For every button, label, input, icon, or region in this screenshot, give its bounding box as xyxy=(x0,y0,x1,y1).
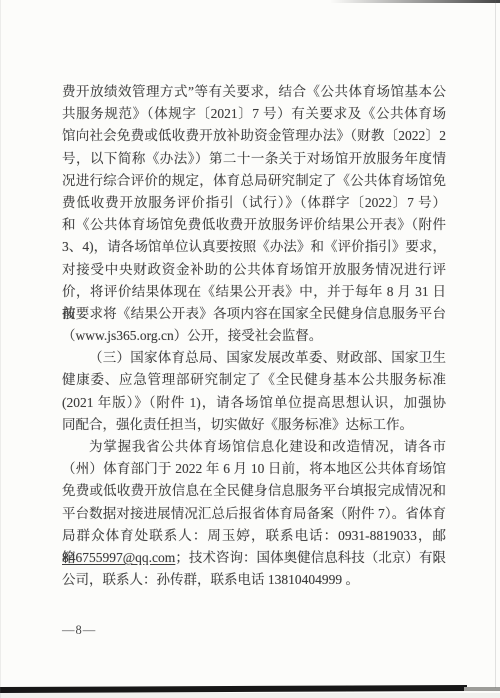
text-line: （www.js365.org.cn）公开，接受社会监督。 xyxy=(62,325,446,347)
scan-artifact-bottom-bar xyxy=(0,685,467,693)
document-page: { "document": { "lines": [ { "text": "费开… xyxy=(0,0,500,698)
text-line: 价，将评价结果体现在《结果公开表》中，并于每年 8 月 31 日前 xyxy=(62,281,446,303)
scan-artifact-below-bar xyxy=(0,693,500,698)
text-line: 平台数据对接进展情况汇总后报省体育局备案（附件 7）。省体育 xyxy=(62,503,446,525)
text-line: （州）体育部门于 2022 年 6 月 10 日前，将本地区公共体育场馆 xyxy=(62,458,446,480)
text-line: 共服务规范》（体规字〔2021〕7 号）有关要求及《公共体育场 xyxy=(62,103,446,125)
text-line: 健康委、应急管理部研究制定了《全民健身基本公共服务标准 xyxy=(62,369,446,391)
page-number: —8— xyxy=(62,623,96,638)
text-line: 按要求将《结果公开表》各项内容在国家全民健身信息服务平台 xyxy=(62,303,446,325)
text-line: 费开放绩效管理方式”等有关要求，结合《公共体育场馆基本公 xyxy=(62,81,446,103)
text-line: 号，以下简称《办法》）第二十一条关于对场馆开放服务年度情 xyxy=(62,148,446,170)
text-line: 公司，联系人：孙传群，联系电话 13810404999 。 xyxy=(62,569,446,591)
scan-artifact-right-edge xyxy=(495,0,496,688)
text-line-rest: ；技术咨询：国体奥健信息科技（北京）有限 xyxy=(175,550,446,565)
email-text: 846755997@qq.com xyxy=(62,550,175,565)
text-line: 对接受中央财政资金补助的公共体育场馆开放服务情况进行评 xyxy=(62,259,446,281)
text-line: (2021 年版）》（附件 1)，请各场馆单位提高思想认识，加强协 xyxy=(62,392,446,414)
text-line: 3、4)，请各场馆单位认真要按照《办法》和《评价指引》要求， xyxy=(62,236,446,258)
text-line: 局群众体育处联系人：周玉婷，联系电话：0931-8819033，邮箱： xyxy=(62,525,446,547)
scan-artifact-left-edge xyxy=(0,0,1,698)
text-line: 况进行综合评价的规定，体育总局研究制定了《公共体育场馆免 xyxy=(62,170,446,192)
scan-artifact-top-edge xyxy=(330,0,500,3)
text-line: 和《公共体育场馆免费低收费开放服务评价结果公开表》（附件 xyxy=(62,214,446,236)
text-line: （三）国家体育总局、国家发展改革委、财政部、国家卫生 xyxy=(62,347,446,369)
text-line: 费低收费开放服务评价指引（试行）》（体群字〔2022〕7 号） xyxy=(62,192,446,214)
text-line: 馆向社会免费或低收费开放补助资金管理办法》（财教〔2022〕2 xyxy=(62,125,446,147)
text-line: 846755997@qq.com；技术咨询：国体奥健信息科技（北京）有限 xyxy=(62,547,446,569)
text-line: 同配合，强化责任担当，切实做好《服务标准》达标工作。 xyxy=(62,414,446,436)
text-line: 免费或低收费开放信息在全民健身信息服务平台填报完成情况和 xyxy=(62,480,446,502)
document-body-text: 费开放绩效管理方式”等有关要求，结合《公共体育场馆基本公 共服务规范》（体规字〔… xyxy=(62,81,446,591)
text-line: 为掌握我省公共体育场馆信息化建设和改造情况，请各市 xyxy=(62,436,446,458)
